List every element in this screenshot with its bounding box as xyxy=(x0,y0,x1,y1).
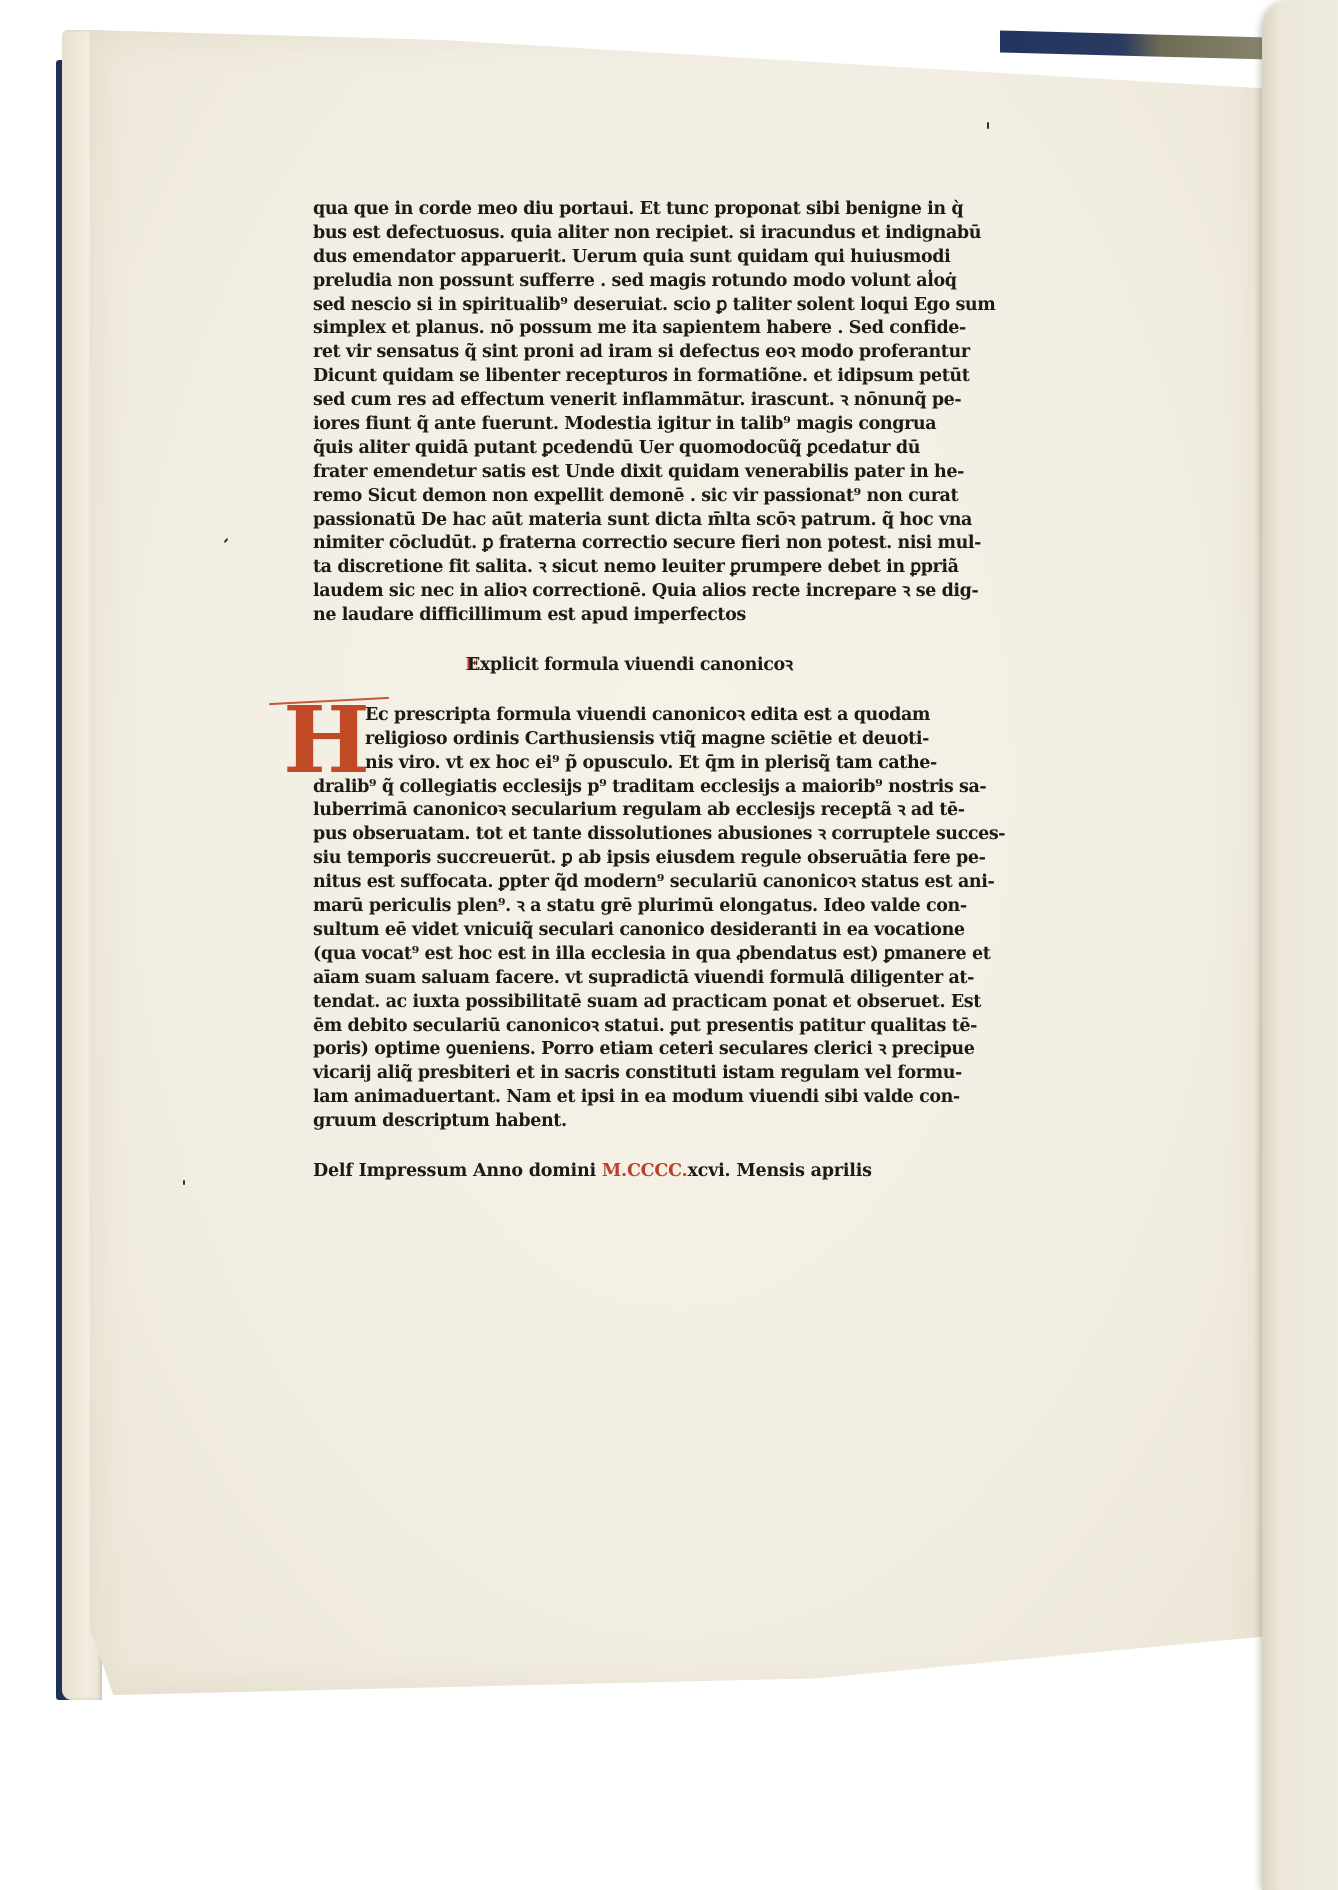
text-line: q̃uis aliter quidā putant ꝑcedendū Uer q… xyxy=(313,437,1103,461)
text-line: passionatū De hac aūt materia sunt dicta… xyxy=(313,509,1103,533)
decorated-initial-h: H xyxy=(283,698,355,782)
colophon: Delf Impressum Anno domini M.CCCC.xcvi. … xyxy=(313,1160,1103,1184)
text-line: nitus est suffocata. ꝑpter q̃d modern⁹ s… xyxy=(313,871,1103,895)
colophon-year-suffix: xcvi. xyxy=(687,1161,730,1181)
text-line: simplex et planus. nō possum me ita sapi… xyxy=(313,317,1103,341)
text-line: iores fiunt q̃ ante fuerunt. Modestia ig… xyxy=(313,413,1103,437)
text-line: tendat. ac iuxta possibilitatē suam ad p… xyxy=(313,991,1103,1015)
text-line: bus est defectuosus. quia aliter non rec… xyxy=(313,222,1103,246)
paper-speck xyxy=(987,122,989,129)
text-line: remo Sicut demon non expellit demonē . s… xyxy=(313,485,1103,509)
text-line: ret vir sensatus q̃ sint proni ad iram s… xyxy=(313,341,1103,365)
text-line: siu temporis succreuerūt. ꝑ ab ipsis eiu… xyxy=(313,847,1103,871)
text-line: dralib⁹ q̃ collegiatis ecclesijs p⁹ trad… xyxy=(313,776,1103,800)
printed-text-block: qua que in corde meo diu portaui. Et tun… xyxy=(313,198,1103,1184)
text-line: marū periculis plen⁹. ꝛ a statu grē plur… xyxy=(313,895,1103,919)
text-line: frater emendetur satis est Unde dixit qu… xyxy=(313,461,1103,485)
text-line: pus obseruatam. tot et tante dissolution… xyxy=(313,823,1103,847)
text-line: preludia non possunt sufferre . sed magi… xyxy=(313,270,1103,294)
text-line: religioso ordinis Carthusiensis vtiq̃ ma… xyxy=(313,728,1103,752)
text-line: sultum eē videt vnicuiq̃ seculari canoni… xyxy=(313,919,1103,943)
colophon-year-roman: M.CCCC. xyxy=(602,1161,688,1181)
text-line: dus emendator apparuerit. Uerum quia sun… xyxy=(313,246,1103,270)
book-cover-top-edge xyxy=(1000,30,1270,59)
paragraph-2: H Ec prescripta formula viuendi canonico… xyxy=(313,704,1103,1134)
explicit-heading: EExplicit formula viuendi canonicoꝛ xyxy=(313,654,1103,678)
text-line: sed nescio si in spiritualib⁹ deseruiat.… xyxy=(313,294,1103,318)
facing-page-edge xyxy=(1262,0,1338,1890)
text-line: ne laudare difficillimum est apud imperf… xyxy=(313,604,1103,628)
explicit-text: Explicit formula viuendi canonicoꝛ xyxy=(467,655,793,675)
colophon-place: Delf xyxy=(313,1161,359,1181)
text-line: sed cum res ad effectum venerit inflammā… xyxy=(313,389,1103,413)
paragraph-1: qua que in corde meo diu portaui. Et tun… xyxy=(313,198,1103,628)
paper-speck xyxy=(183,1180,185,1185)
text-line: nimiter cōcludūt. ꝑ fraterna correctio s… xyxy=(313,532,1103,556)
text-line: poris) optime ꝯueniens. Porro etiam cete… xyxy=(313,1038,1103,1062)
text-line: nis viro. vt ex hoc ei⁹ p̃ opusculo. Et … xyxy=(313,752,1103,776)
text-line: vicarij aliq̃ presbiteri et in sacris co… xyxy=(313,1062,1103,1086)
text-line: aīam suam saluam facere. vt supradictā v… xyxy=(313,967,1103,991)
text-line: (qua vocat⁹ est hoc est in illa ecclesia… xyxy=(313,943,1103,967)
text-line: laudem sic nec in alioꝛ correctionē. Qui… xyxy=(313,580,1103,604)
text-line: Dicunt quidam se libenter recepturos in … xyxy=(313,365,1103,389)
text-line: qua que in corde meo diu portaui. Et tun… xyxy=(313,198,1103,222)
text-line: Ec prescripta formula viuendi canonicoꝛ … xyxy=(313,704,1103,728)
text-line: luberrimā canonicoꝛ secularium regulam a… xyxy=(313,799,1103,823)
colophon-anno-domini: Anno domini xyxy=(473,1161,602,1181)
text-line: ta discretione fit salita. ꝛ sicut nemo … xyxy=(313,556,1103,580)
text-line: ēm debito seculariū canonicoꝛ statui. ꝑ… xyxy=(313,1015,1103,1039)
colophon-month: Mensis aprilis xyxy=(736,1161,871,1181)
colophon-impressum: Impressum xyxy=(359,1161,473,1181)
text-line: lam animaduertant. Nam et ipsi in ea mod… xyxy=(313,1086,1103,1110)
text-line: gruum descriptum habent. xyxy=(313,1110,1103,1134)
